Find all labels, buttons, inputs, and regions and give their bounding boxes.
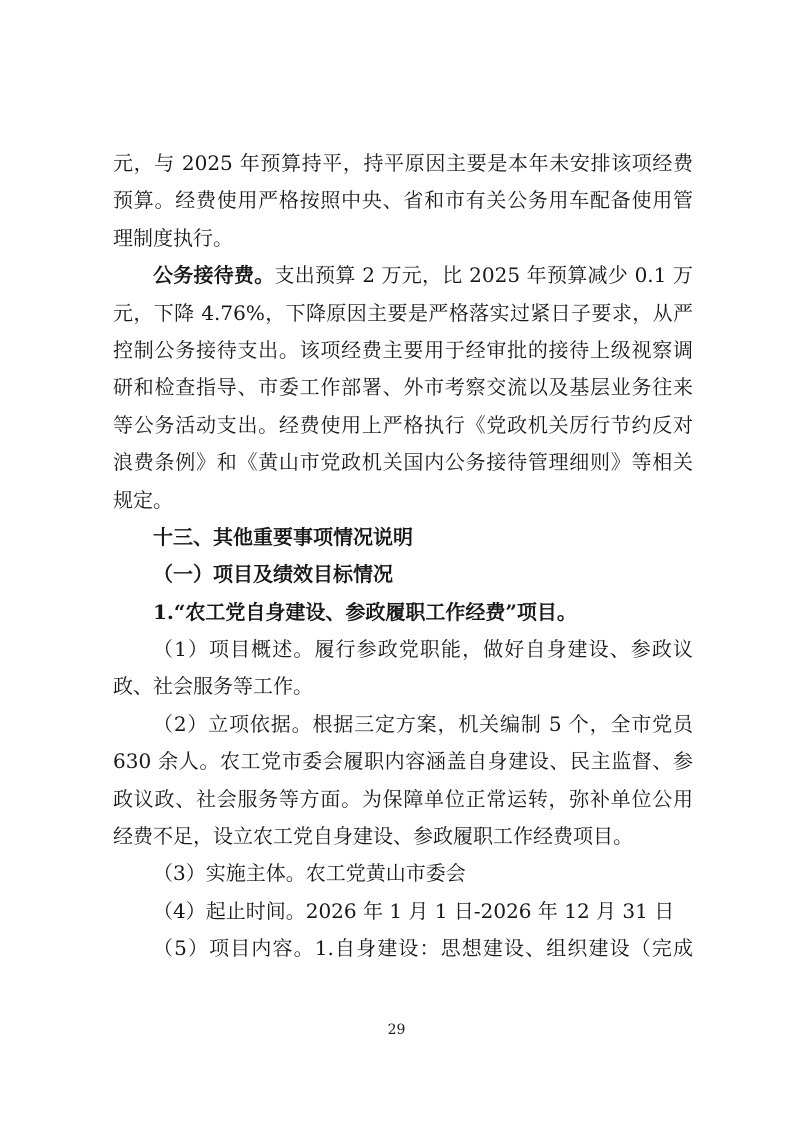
text-line: 等公务活动支出。经费使用上严格执行《党政机关厉行节约反对 <box>113 407 693 444</box>
text-line: 元，与 2025 年预算持平，持平原因主要是本年未安排该项经费 <box>113 145 693 182</box>
text-line: 经费不足，设立农工党自身建设、参政履职工作经费项目。 <box>113 818 693 855</box>
text-line: （4）起止时间。2026 年 1 月 1 日-2026 年 12 月 31 日 <box>113 893 693 930</box>
document-page: 元，与 2025 年预算持平，持平原因主要是本年未安排该项经费 预算。经费使用严… <box>0 0 793 1122</box>
page-number: 29 <box>0 1020 793 1040</box>
section-heading: 十三、其他重要事项情况说明 <box>113 519 693 556</box>
text-line: 政、社会服务等工作。 <box>113 668 693 705</box>
text-line: 研和检查指导、市委工作部署、外市考察交流以及基层业务往来 <box>113 369 693 406</box>
text-line: （2）立项依据。根据三定方案，机关编制 5 个，全市党员 <box>113 706 693 743</box>
text-line: 政议政、社会服务等方面。为保障单位正常运转，弥补单位公用 <box>113 781 693 818</box>
text-line: （1）项目概述。履行参政党职能，做好自身建设、参政议 <box>113 631 693 668</box>
text-line: 预算。经费使用严格按照中央、省和市有关公务用车配备使用管 <box>113 182 693 219</box>
text-line: （5）项目内容。1.自身建设：思想建设、组织建设（完成 <box>113 930 693 967</box>
section-heading: 1.“农工党自身建设、参政履职工作经费”项目。 <box>113 594 693 631</box>
text-line: 支出预算 2 万元，比 2025 年预算减少 0.1 万 <box>275 263 693 287</box>
text-line: 理制度执行。 <box>113 220 693 257</box>
text-line-with-bold-lead: 公务接待费。支出预算 2 万元，比 2025 年预算减少 0.1 万 <box>113 257 693 294</box>
text-line: 630 余人。农工党市委会履职内容涵盖自身建设、民主监督、参 <box>113 743 693 780</box>
text-line: 浪费条例》和《黄山市党政机关国内公务接待管理细则》等相关 <box>113 444 693 481</box>
document-body: 元，与 2025 年预算持平，持平原因主要是本年未安排该项经费 预算。经费使用严… <box>113 145 693 968</box>
text-line: 规定。 <box>113 482 693 519</box>
section-heading: （一）项目及绩效目标情况 <box>113 556 693 593</box>
text-line: 元，下降 4.76%，下降原因主要是严格落实过紧日子要求，从严 <box>113 295 693 332</box>
text-line: 控制公务接待支出。该项经费主要用于经审批的接待上级视察调 <box>113 332 693 369</box>
text-line: （3）实施主体。农工党黄山市委会 <box>113 855 693 892</box>
run-in-heading: 公务接待费。 <box>153 263 275 287</box>
